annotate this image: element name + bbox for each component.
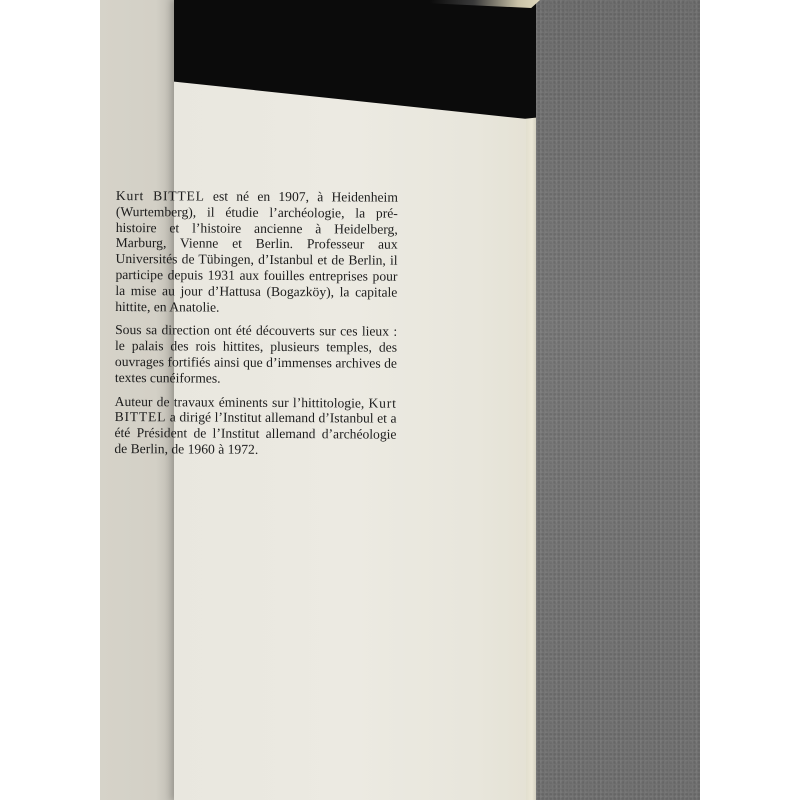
bio-text: Auteur de travaux éminents sur l’hittito… (115, 394, 369, 411)
author-biography: Kurt BITTEL est né en 1907, à Heidenheim… (114, 188, 398, 466)
bio-text: est né en 1907, à Heidenheim (Wurtemberg… (115, 189, 398, 315)
bio-paragraph-2: Sous sa direction ont été découverts sur… (115, 322, 397, 387)
bio-paragraph-1: Kurt BITTEL est né en 1907, à Heidenheim… (115, 188, 398, 316)
book-edge (526, 0, 536, 800)
bio-text: Sous sa direction ont été découverts sur… (115, 322, 397, 385)
bio-paragraph-3: Auteur de travaux éminents sur l’hittito… (114, 394, 396, 459)
author-name: Kurt BITTEL (116, 188, 205, 204)
